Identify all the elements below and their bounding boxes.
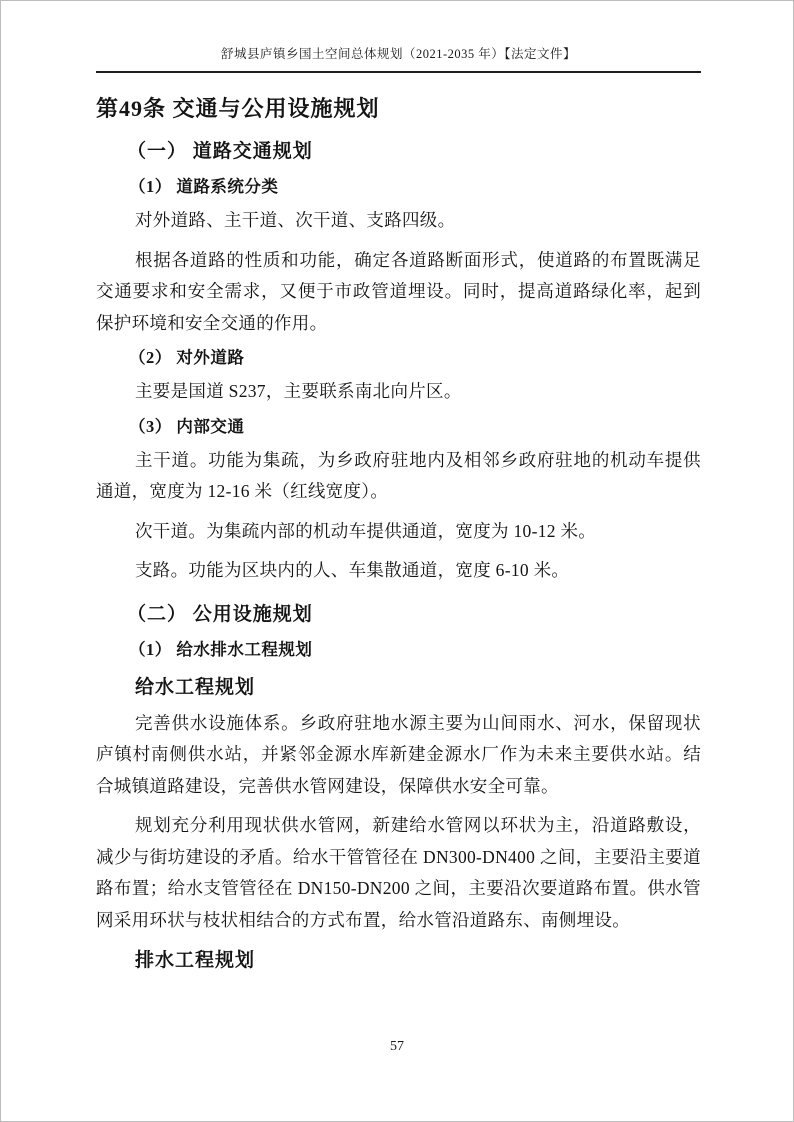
subheading-external-roads: （2） 对外道路 — [96, 345, 701, 371]
header-divider — [96, 71, 701, 73]
subheading-water-supply-drainage: （1） 给水排水工程规划 — [96, 637, 701, 663]
section-heading-road-traffic: （一） 道路交通规划 — [96, 136, 701, 168]
subheading-road-system-classification: （1） 道路系统分类 — [96, 174, 701, 200]
paragraph-road-classes: 对外道路、主干道、次干道、支路四级。 — [96, 205, 701, 237]
paragraph-secondary-roads: 次干道。为集疏内部的机动车提供通道，宽度为 10-12 米。 — [96, 516, 701, 548]
article-heading: 第49条 交通与公用设施规划 — [96, 93, 701, 124]
subheading-internal-traffic: （3） 内部交通 — [96, 414, 701, 440]
paragraph-water-supply-system: 完善供水设施体系。乡政府驻地水源主要为山间雨水、河水，保留现状庐镇村南侧供水站，… — [96, 708, 701, 803]
paragraph-road-section-design: 根据各道路的性质和功能，确定各道路断面形式，使道路的布置既满足交通要求和安全需求… — [96, 245, 701, 340]
minor-heading-water-supply-plan: 给水工程规划 — [96, 673, 701, 703]
page-header-title: 舒城县庐镇乡国土空间总体规划（2021-2035 年）【法定文件】 — [96, 46, 701, 71]
paragraph-branch-roads: 支路。功能为区块内的人、车集散通道，宽度 6-10 米。 — [96, 555, 701, 587]
minor-heading-drainage-plan: 排水工程规划 — [96, 946, 701, 976]
section-heading-public-utilities: （二） 公用设施规划 — [96, 599, 701, 631]
paragraph-main-roads: 主干道。功能为集疏，为乡政府驻地内及相邻乡政府驻地的机动车提供通道，宽度为 12… — [96, 445, 701, 508]
paragraph-water-supply-network: 规划充分利用现状供水管网，新建给水管网以环状为主，沿道路敷设，减少与街坊建设的矛… — [96, 810, 701, 936]
document-page: 舒城县庐镇乡国土空间总体规划（2021-2035 年）【法定文件】 第49条 交… — [0, 0, 794, 1122]
paragraph-external-roads: 主要是国道 S237，主要联系南北向片区。 — [96, 376, 701, 408]
page-number: 57 — [1, 1039, 793, 1055]
document-body: 第49条 交通与公用设施规划 （一） 道路交通规划 （1） 道路系统分类 对外道… — [96, 93, 701, 976]
